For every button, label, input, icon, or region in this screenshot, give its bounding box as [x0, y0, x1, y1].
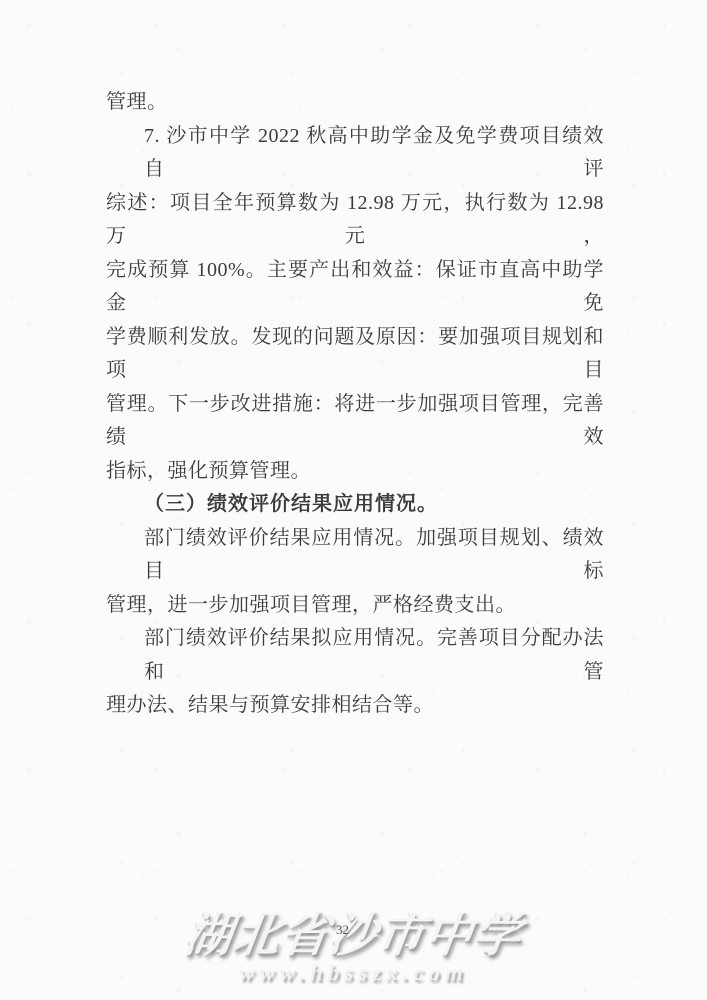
text-line: 完成预算 100%。主要产出和效益：保证市直高中助学金免 — [106, 254, 604, 321]
text-line: 理办法、结果与预算安排相结合等。 — [106, 689, 604, 723]
section-heading: （三）绩效评价结果应用情况。 — [106, 488, 604, 522]
watermark-school-name: 湖北省沙市中学 — [0, 898, 707, 965]
text-line: 管理。 — [106, 86, 604, 120]
document-body: 管理。 7. 沙市中学 2022 秋高中助学金及免学费项目绩效自评 综述：项目全… — [106, 86, 604, 723]
page-number: 32 — [336, 922, 349, 938]
scanned-document-page: 管理。 7. 沙市中学 2022 秋高中助学金及免学费项目绩效自评 综述：项目全… — [0, 0, 707, 1000]
text-line: 7. 沙市中学 2022 秋高中助学金及免学费项目绩效自评 — [106, 120, 604, 187]
text-line: 管理，进一步加强项目管理，严格经费支出。 — [106, 589, 604, 623]
text-line: 学费顺利发放。发现的问题及原因：要加强项目规划和项目 — [106, 321, 604, 388]
text-line: 指标，强化预算管理。 — [106, 455, 604, 489]
text-line: 部门绩效评价结果应用情况。加强项目规划、绩效目标 — [106, 522, 604, 589]
text-line: 部门绩效评价结果拟应用情况。完善项目分配办法和管 — [106, 622, 604, 689]
text-line: 综述：项目全年预算数为 12.98 万元，执行数为 12.98 万元， — [106, 187, 604, 254]
text-line: 管理。下一步改进措施：将进一步加强项目管理，完善绩效 — [106, 388, 604, 455]
watermark-website-url: www.hbsszx.com — [0, 960, 707, 986]
